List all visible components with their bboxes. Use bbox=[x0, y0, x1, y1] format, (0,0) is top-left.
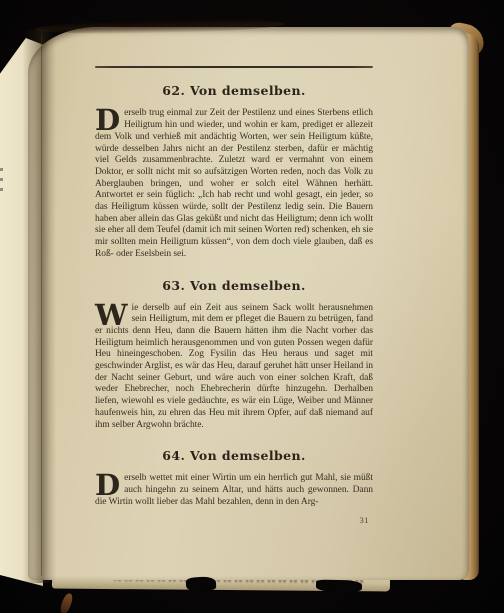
debris-bottom-left bbox=[59, 592, 75, 613]
drop-cap: D bbox=[95, 474, 120, 496]
paragraph: Derselb trug einmal zur Zeit der Pestile… bbox=[95, 108, 373, 260]
torn-notch-bottom-right bbox=[316, 580, 362, 593]
torn-notch-bottom bbox=[186, 576, 217, 592]
divider-rule bbox=[95, 66, 373, 68]
section-heading: 62. Von demselben. bbox=[95, 83, 373, 98]
paragraph: Derselb wettet mit einer Wirtin um ein h… bbox=[95, 473, 373, 508]
drop-cap: D bbox=[95, 109, 120, 131]
page-content: 62. Von demselben. Derselb trug einmal z… bbox=[95, 57, 373, 525]
gutter-shadow bbox=[22, 30, 56, 583]
paragraph-text: erselb wettet mit einer Wirtin um ein he… bbox=[95, 473, 373, 506]
drop-cap: W bbox=[95, 304, 128, 326]
book-scan: 62. Von demselben. Derselb trug einmal z… bbox=[0, 0, 504, 613]
section-63: 63. Von demselben. Wie derselb auf ein Z… bbox=[95, 278, 373, 432]
section-62: 62. Von demselben. Derselb trug einmal z… bbox=[95, 83, 373, 260]
paragraph-text: erselb trug einmal zur Zeit der Pestilen… bbox=[95, 108, 373, 258]
section-64: 64. Von demselben. Derselb wettet mit ei… bbox=[95, 448, 373, 508]
section-heading: 63. Von demselben. bbox=[95, 278, 373, 293]
paragraph-text: ie derselb auf ein Zeit aus seinem Sack … bbox=[95, 303, 373, 430]
facing-page-text-marks bbox=[0, 168, 3, 196]
paragraph: Wie derselb auf ein Zeit aus seinem Sack… bbox=[95, 303, 373, 432]
page-number: 31 bbox=[95, 515, 373, 525]
section-heading: 64. Von demselben. bbox=[95, 448, 373, 463]
